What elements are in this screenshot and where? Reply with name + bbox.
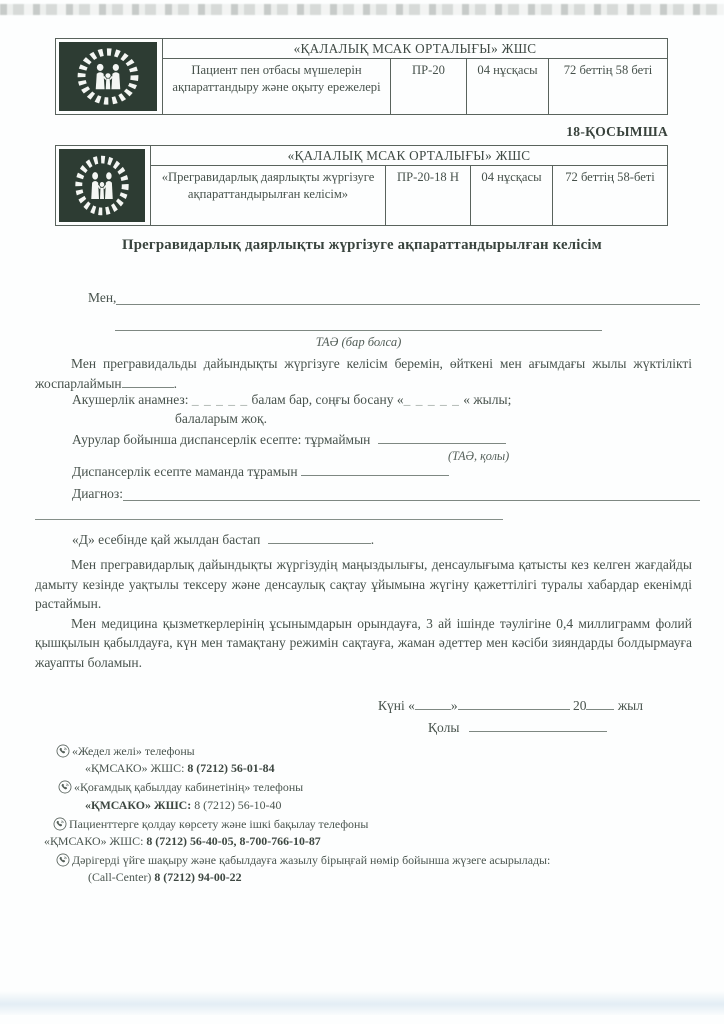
table-1-right-section: «ҚАЛАЛЫҚ МСАК ОРТАЛЫҒЫ» ЖШС Пациент пен … <box>163 39 667 114</box>
scan-artifact-bottom <box>0 991 724 1015</box>
year-suffix: жыл <box>618 698 643 713</box>
d-record-year-blank <box>268 530 371 544</box>
last-birth-year-blank: _ _ _ _ _ <box>404 392 460 407</box>
anamnesis-line: Акушерлік анамнез: _ _ _ _ _ балам бар, … <box>72 392 511 408</box>
footer-item-3-line-1: Пациенттерге қолдау көрсету және ішкі ба… <box>53 817 368 832</box>
scan-artifact-top <box>0 4 724 15</box>
logo-cell <box>56 146 151 225</box>
footer-item-2-line-1: «Қоғамдық қабылдау кабинетінің» телефоны <box>58 780 303 795</box>
dispensary-specialist-line: Диспансерлік есепте маманда тұрамын <box>72 462 449 480</box>
footer-item-4-line-2: (Call-Center) 8 (7212) 94-00-22 <box>88 870 242 885</box>
signature-hint: (ТАӘ, қолы) <box>448 449 509 464</box>
anamnesis-mid-text: балам бар, соңғы босану « <box>251 392 403 407</box>
phone-number: 8 (7212) 56-01-84 <box>187 761 274 775</box>
signature-blank <box>469 718 607 732</box>
d-record-text: «Д» есебінде қай жылдан бастап <box>72 532 260 547</box>
doc-pages-cell: 72 беттің 58-беті <box>553 166 667 225</box>
anamnesis-label: Акушерлік анамнез: <box>72 392 188 407</box>
paragraph-period: . <box>174 376 177 391</box>
org-abbrev: «ҚМСАКО» ЖШС: <box>44 834 146 848</box>
d-record-line: «Д» есебінде қай жылдан бастап . <box>72 530 374 548</box>
date-close-quote: » <box>451 698 458 713</box>
date-label: Күні « <box>378 698 415 713</box>
anamnesis-end-text: « жылы; <box>463 392 511 407</box>
consent-paragraph-1: Мен прегравидальды дайындықты жүргізуге … <box>35 354 692 393</box>
name-label: Мен, <box>88 290 116 306</box>
header-table-1: «ҚАЛАЛЫҚ МСАК ОРТАЛЫҒЫ» ЖШС Пациент пен … <box>55 38 668 115</box>
full-name-hint: ТАӘ (бар болса) <box>115 335 602 350</box>
doc-pages-cell: 72 беттің 58 беті <box>549 59 667 114</box>
phone-number: 8 (7212) 56-10-40 <box>191 798 281 812</box>
doc-description-cell: Пациент пен отбасы мүшелерін ақпараттанд… <box>163 59 391 114</box>
signature-line: Қолы <box>428 718 607 736</box>
diagnosis-blank-line-2 <box>35 503 503 520</box>
dispensary-blank <box>378 430 506 444</box>
diagnosis-label: Диагноз: <box>72 486 123 502</box>
doc-version-cell: 04 нұсқасы <box>467 59 549 114</box>
table-2-data-row: «Прегравидарлық даярлықты жүргізуге ақпа… <box>151 166 667 225</box>
diagnosis-blank <box>123 486 700 501</box>
call-center-label: (Call-Center) <box>88 870 154 884</box>
footer-item-4-line-1: Дәрігерді үйге шақыру және қабылдауға жа… <box>56 853 550 868</box>
org-name: «ҚАЛАЛЫҚ МСАК ОРТАЛЫҒЫ» ЖШС <box>151 146 667 166</box>
footer-text: Дәрігерді үйге шақыру және қабылдауға жа… <box>72 853 550 867</box>
phone-icon <box>58 780 72 794</box>
doc-description-cell: «Прегравидарлық даярлықты жүргізуге ақпа… <box>151 166 386 225</box>
phone-icon <box>56 853 70 867</box>
specialist-blank <box>301 462 449 476</box>
scanned-consent-form-page: «ҚАЛАЛЫҚ МСАК ОРТАЛЫҒЫ» ЖШС Пациент пен … <box>0 0 724 1024</box>
phone-number: 8 (7212) 56-40-05, 8-700-766-10-87 <box>146 834 320 848</box>
name-blank-line <box>116 290 700 305</box>
table-1-data-row: Пациент пен отбасы мүшелерін ақпараттанд… <box>163 59 667 114</box>
d-record-period: . <box>371 532 374 547</box>
signature-label: Қолы <box>428 720 459 735</box>
date-line: Күні «» 20 жыл <box>378 696 643 714</box>
footer-text: «Қоғамдық қабылдау кабинетінің» телефоны <box>74 780 303 794</box>
dispensary-text: Аурулар бойынша диспансерлік есепте: тұр… <box>72 432 370 447</box>
consent-paragraphs-2-3: Мен прегравидарлық дайындықты жүргізудің… <box>35 555 692 673</box>
children-count-blank: _ _ _ _ _ <box>192 392 248 407</box>
phone-icon <box>53 817 67 831</box>
no-children-line: балаларым жоқ. <box>175 411 267 427</box>
name-line: Мен, <box>88 290 700 306</box>
org-abbrev: «ҚМСАКО» ЖШС: <box>85 761 187 775</box>
name-blank-line-2 <box>115 314 602 331</box>
doc-version-cell: 04 нұсқасы <box>471 166 553 225</box>
dispensary-line: Аурулар бойынша диспансерлік есепте: тұр… <box>72 430 506 448</box>
footer-item-1-line-1: «Жедел желі» телефоны <box>56 744 195 759</box>
org-name: «ҚАЛАЛЫҚ МСАК ОРТАЛЫҒЫ» ЖШС <box>163 39 667 59</box>
doc-code-cell: ПР-20-18 Н <box>386 166 471 225</box>
month-blank <box>458 696 570 710</box>
pregnancy-plan-blank <box>122 374 174 388</box>
day-blank <box>415 696 451 710</box>
organization-logo-icon <box>59 149 145 222</box>
org-abbrev: «ҚМСАКО» ЖШС: <box>85 798 191 812</box>
diagnosis-line: Диагноз: <box>72 486 700 502</box>
table-2-right-section: «ҚАЛАЛЫҚ МСАК ОРТАЛЫҒЫ» ЖШС «Прегравидар… <box>151 146 667 225</box>
footer-text: Пациенттерге қолдау көрсету және ішкі ба… <box>69 817 368 831</box>
organization-logo-icon <box>59 42 157 111</box>
header-table-2: «ҚАЛАЛЫҚ МСАК ОРТАЛЫҒЫ» ЖШС «Прегравидар… <box>55 145 668 226</box>
dispensary-specialist-text: Диспансерлік есепте маманда тұрамын <box>72 464 298 479</box>
phone-number: 8 (7212) 94-00-22 <box>154 870 241 884</box>
confirmation-paragraph: Мен прегравидарлық дайындықты жүргізудің… <box>35 555 692 614</box>
footer-item-1-line-2: «ҚМСАКО» ЖШС: 8 (7212) 56-01-84 <box>85 761 275 776</box>
year-blank <box>586 696 614 710</box>
doc-code-cell: ПР-20 <box>391 59 467 114</box>
footer-text: «Жедел желі» телефоны <box>72 744 195 758</box>
responsibility-paragraph: Мен медицина қызметкерлерінің ұсынымдары… <box>35 614 692 673</box>
footer-item-3-line-2: «ҚМСАКО» ЖШС: 8 (7212) 56-40-05, 8-700-7… <box>44 834 321 849</box>
footer-item-2-line-2: «ҚМСАКО» ЖШС: 8 (7212) 56-10-40 <box>85 798 281 813</box>
phone-icon <box>56 744 70 758</box>
annex-label: 18-ҚОСЫМША <box>566 124 668 140</box>
year-prefix: 20 <box>573 698 587 713</box>
document-title: Прегравидарлық даярлықты жүргізуге ақпар… <box>0 237 724 254</box>
logo-cell <box>56 39 163 114</box>
